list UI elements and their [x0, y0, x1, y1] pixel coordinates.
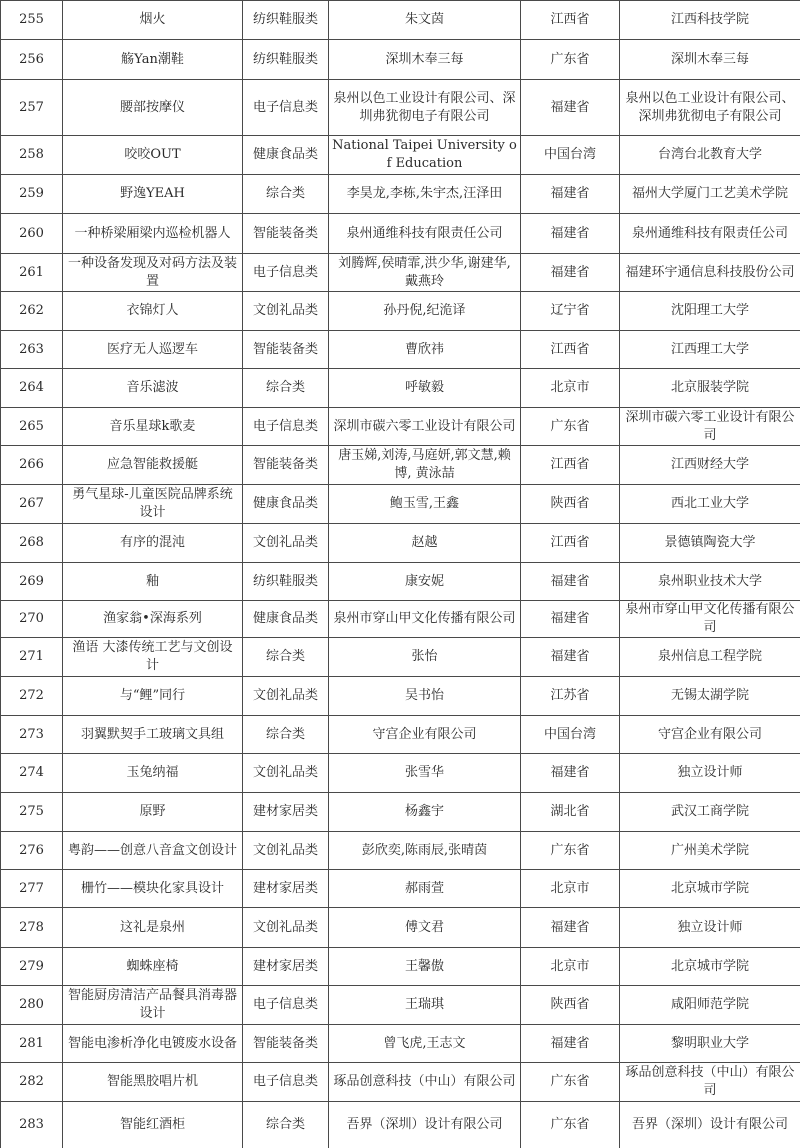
cell-work-name: 咬咬OUT	[63, 136, 243, 175]
cell-organization: 泉州信息工程学院	[620, 638, 800, 677]
cell-author: National Taipei University of Education	[329, 136, 521, 175]
cell-work-name: 勇气星球-儿童医院品牌系统设计	[63, 485, 243, 524]
cell-province: 陕西省	[521, 986, 620, 1025]
cell-author: 赵越	[329, 524, 521, 563]
cell-organization: 泉州以色工业设计有限公司、深圳弗犹彻电子有限公司	[620, 80, 800, 136]
cell-organization: 广州美术学院	[620, 832, 800, 870]
cell-author: 张雪华	[329, 754, 521, 793]
table-row: 269 釉 纺织鞋服类 康安妮 福建省 泉州职业技术大学	[1, 563, 800, 601]
cell-province: 中国台湾	[521, 136, 620, 175]
cell-category: 纺织鞋服类	[243, 1, 329, 40]
cell-work-name: 渔语 大漆传统工艺与文创设计	[63, 638, 243, 677]
cell-author: 琢品创意科技（中山）有限公司	[329, 1063, 521, 1102]
cell-number: 260	[1, 214, 63, 254]
cell-category: 文创礼品类	[243, 292, 329, 331]
cell-number: 280	[1, 986, 63, 1025]
cell-organization: 泉州市穿山甲文化传播有限公司	[620, 601, 800, 638]
cell-author: 深圳市碳六零工业设计有限公司	[329, 408, 521, 446]
cell-category: 智能装备类	[243, 214, 329, 254]
cell-number: 271	[1, 638, 63, 677]
table-row: 279 蜘蛛座椅 建材家居类 王馨傲 北京市 北京城市学院	[1, 948, 800, 986]
cell-author: 张怡	[329, 638, 521, 677]
cell-author: 彭欣奕,陈雨辰,张晴茵	[329, 832, 521, 870]
table-body: 255 烟火 纺织鞋服类 朱文茵 江西省 江西科技学院 256 觞Yan潮鞋 纺…	[1, 1, 800, 1148]
cell-category: 文创礼品类	[243, 832, 329, 870]
cell-author: 泉州市穿山甲文化传播有限公司	[329, 601, 521, 638]
cell-category: 健康食品类	[243, 485, 329, 524]
table-row: 280 智能厨房清洁产品餐具消毒器设计 电子信息类 王瑞琪 陕西省 咸阳师范学院	[1, 986, 800, 1025]
cell-category: 综合类	[243, 369, 329, 408]
cell-number: 256	[1, 40, 63, 80]
table-row: 262 衣锦灯人 文创礼品类 孙丹倪,纪洈译 辽宁省 沈阳理工大学	[1, 292, 800, 331]
cell-work-name: 这礼是泉州	[63, 908, 243, 948]
cell-work-name: 原野	[63, 793, 243, 832]
cell-number: 270	[1, 601, 63, 638]
cell-organization: 福州大学厦门工艺美术学院	[620, 175, 800, 214]
table-row: 265 音乐星球k歌麦 电子信息类 深圳市碳六零工业设计有限公司 广东省 深圳市…	[1, 408, 800, 446]
cell-author: 呼敏毅	[329, 369, 521, 408]
cell-organization: 咸阳师范学院	[620, 986, 800, 1025]
cell-province: 福建省	[521, 254, 620, 292]
cell-organization: 沈阳理工大学	[620, 292, 800, 331]
cell-author: 鲍玉雪,王鑫	[329, 485, 521, 524]
cell-number: 269	[1, 563, 63, 601]
cell-organization: 福建环宇通信息科技股份公司	[620, 254, 800, 292]
cell-number: 268	[1, 524, 63, 563]
cell-work-name: 衣锦灯人	[63, 292, 243, 331]
cell-work-name: 一种桥梁厢梁内巡检机器人	[63, 214, 243, 254]
table-row: 266 应急智能救援艇 智能装备类 唐玉娣,刘涛,马庭妍,郭文慧,赖博, 黄泳喆…	[1, 446, 800, 485]
cell-work-name: 野逸YEAH	[63, 175, 243, 214]
cell-province: 广东省	[521, 832, 620, 870]
awards-table: 255 烟火 纺织鞋服类 朱文茵 江西省 江西科技学院 256 觞Yan潮鞋 纺…	[0, 0, 800, 1148]
cell-province: 江西省	[521, 446, 620, 485]
table-row: 281 智能电渗析净化电镀废水设备 智能装备类 曾飞虎,王志文 福建省 黎明职业…	[1, 1025, 800, 1063]
cell-work-name: 腰部按摩仪	[63, 80, 243, 136]
cell-number: 274	[1, 754, 63, 793]
cell-category: 文创礼品类	[243, 754, 329, 793]
cell-number: 279	[1, 948, 63, 986]
table-row: 255 烟火 纺织鞋服类 朱文茵 江西省 江西科技学院	[1, 1, 800, 40]
cell-province: 福建省	[521, 908, 620, 948]
cell-work-name: 觞Yan潮鞋	[63, 40, 243, 80]
cell-author: 朱文茵	[329, 1, 521, 40]
cell-work-name: 粤韵——创意八音盒文创设计	[63, 832, 243, 870]
cell-category: 文创礼品类	[243, 908, 329, 948]
cell-province: 江西省	[521, 1, 620, 40]
cell-number: 258	[1, 136, 63, 175]
cell-province: 湖北省	[521, 793, 620, 832]
cell-number: 255	[1, 1, 63, 40]
cell-category: 健康食品类	[243, 136, 329, 175]
cell-province: 陕西省	[521, 485, 620, 524]
cell-author: 刘腾辉,侯晴霏,洪少华,谢建华,戴燕玲	[329, 254, 521, 292]
cell-province: 福建省	[521, 601, 620, 638]
cell-number: 283	[1, 1102, 63, 1148]
cell-number: 257	[1, 80, 63, 136]
table-row: 259 野逸YEAH 综合类 李昊龙,李栋,朱宇杰,汪泽田 福建省 福州大学厦门…	[1, 175, 800, 214]
cell-province: 江西省	[521, 331, 620, 369]
cell-organization: 西北工业大学	[620, 485, 800, 524]
cell-category: 电子信息类	[243, 986, 329, 1025]
cell-work-name: 音乐星球k歌麦	[63, 408, 243, 446]
cell-province: 福建省	[521, 563, 620, 601]
cell-category: 综合类	[243, 716, 329, 754]
cell-work-name: 与“鲤”同行	[63, 677, 243, 716]
cell-author: 王瑞琪	[329, 986, 521, 1025]
cell-work-name: 渔家翁•深海系列	[63, 601, 243, 638]
cell-organization: 江西科技学院	[620, 1, 800, 40]
cell-province: 福建省	[521, 638, 620, 677]
cell-organization: 守宫企业有限公司	[620, 716, 800, 754]
cell-work-name: 烟火	[63, 1, 243, 40]
cell-organization: 独立设计师	[620, 754, 800, 793]
table-row: 260 一种桥梁厢梁内巡检机器人 智能装备类 泉州通维科技有限责任公司 福建省 …	[1, 214, 800, 254]
cell-organization: 琢品创意科技（中山）有限公司	[620, 1063, 800, 1102]
cell-organization: 江西财经大学	[620, 446, 800, 485]
cell-number: 259	[1, 175, 63, 214]
cell-work-name: 一种设备发现及对码方法及装置	[63, 254, 243, 292]
cell-category: 文创礼品类	[243, 677, 329, 716]
cell-province: 福建省	[521, 80, 620, 136]
cell-category: 文创礼品类	[243, 524, 329, 563]
cell-author: 杨鑫宇	[329, 793, 521, 832]
cell-province: 福建省	[521, 1025, 620, 1063]
cell-organization: 泉州职业技术大学	[620, 563, 800, 601]
table-row: 267 勇气星球-儿童医院品牌系统设计 健康食品类 鲍玉雪,王鑫 陕西省 西北工…	[1, 485, 800, 524]
cell-organization: 武汉工商学院	[620, 793, 800, 832]
cell-province: 福建省	[521, 214, 620, 254]
cell-work-name: 智能红酒柜	[63, 1102, 243, 1148]
cell-province: 广东省	[521, 1102, 620, 1148]
cell-author: 曹欣祎	[329, 331, 521, 369]
cell-work-name: 应急智能救援艇	[63, 446, 243, 485]
cell-author: 深圳木奉三每	[329, 40, 521, 80]
cell-category: 电子信息类	[243, 254, 329, 292]
cell-work-name: 医疗无人巡逻车	[63, 331, 243, 369]
table-row: 282 智能黑胶唱片机 电子信息类 琢品创意科技（中山）有限公司 广东省 琢品创…	[1, 1063, 800, 1102]
cell-author: 李昊龙,李栋,朱宇杰,汪泽田	[329, 175, 521, 214]
table-row: 258 咬咬OUT 健康食品类 National Taipei Universi…	[1, 136, 800, 175]
cell-category: 智能装备类	[243, 331, 329, 369]
cell-organization: 台湾台北教育大学	[620, 136, 800, 175]
cell-number: 266	[1, 446, 63, 485]
cell-number: 278	[1, 908, 63, 948]
cell-organization: 泉州通维科技有限责任公司	[620, 214, 800, 254]
table-row: 283 智能红酒柜 综合类 吾界（深圳）设计有限公司 广东省 吾界（深圳）设计有…	[1, 1102, 800, 1148]
cell-author: 傅文君	[329, 908, 521, 948]
cell-province: 北京市	[521, 870, 620, 908]
cell-number: 273	[1, 716, 63, 754]
cell-category: 智能装备类	[243, 446, 329, 485]
cell-work-name: 音乐滤波	[63, 369, 243, 408]
cell-work-name: 羽翼默契手工玻璃文具组	[63, 716, 243, 754]
cell-work-name: 玉兔纳福	[63, 754, 243, 793]
cell-organization: 北京城市学院	[620, 948, 800, 986]
cell-category: 纺织鞋服类	[243, 40, 329, 80]
table-row: 277 栅竹——模块化家具设计 建材家居类 郝雨萱 北京市 北京城市学院	[1, 870, 800, 908]
cell-province: 江苏省	[521, 677, 620, 716]
cell-organization: 景德镇陶瓷大学	[620, 524, 800, 563]
cell-work-name: 智能厨房清洁产品餐具消毒器设计	[63, 986, 243, 1025]
cell-category: 建材家居类	[243, 793, 329, 832]
cell-number: 261	[1, 254, 63, 292]
cell-province: 福建省	[521, 754, 620, 793]
cell-author: 吾界（深圳）设计有限公司	[329, 1102, 521, 1148]
cell-category: 综合类	[243, 638, 329, 677]
table-row: 278 这礼是泉州 文创礼品类 傅文君 福建省 独立设计师	[1, 908, 800, 948]
cell-province: 中国台湾	[521, 716, 620, 754]
table-row: 263 医疗无人巡逻车 智能装备类 曹欣祎 江西省 江西理工大学	[1, 331, 800, 369]
table-row: 270 渔家翁•深海系列 健康食品类 泉州市穿山甲文化传播有限公司 福建省 泉州…	[1, 601, 800, 638]
cell-author: 郝雨萱	[329, 870, 521, 908]
table-row: 272 与“鲤”同行 文创礼品类 吴书怡 江苏省 无锡太湖学院	[1, 677, 800, 716]
cell-work-name: 有序的混沌	[63, 524, 243, 563]
cell-author: 曾飞虎,王志文	[329, 1025, 521, 1063]
cell-work-name: 釉	[63, 563, 243, 601]
cell-category: 建材家居类	[243, 948, 329, 986]
cell-author: 泉州以色工业设计有限公司、深圳弗犹彻电子有限公司	[329, 80, 521, 136]
cell-category: 综合类	[243, 1102, 329, 1148]
table-row: 268 有序的混沌 文创礼品类 赵越 江西省 景德镇陶瓷大学	[1, 524, 800, 563]
cell-category: 建材家居类	[243, 870, 329, 908]
table-row: 276 粤韵——创意八音盒文创设计 文创礼品类 彭欣奕,陈雨辰,张晴茵 广东省 …	[1, 832, 800, 870]
cell-category: 智能装备类	[243, 1025, 329, 1063]
cell-province: 北京市	[521, 948, 620, 986]
cell-organization: 江西理工大学	[620, 331, 800, 369]
cell-category: 电子信息类	[243, 80, 329, 136]
table-row: 271 渔语 大漆传统工艺与文创设计 综合类 张怡 福建省 泉州信息工程学院	[1, 638, 800, 677]
cell-organization: 北京城市学院	[620, 870, 800, 908]
cell-organization: 黎明职业大学	[620, 1025, 800, 1063]
cell-province: 北京市	[521, 369, 620, 408]
table-row: 261 一种设备发现及对码方法及装置 电子信息类 刘腾辉,侯晴霏,洪少华,谢建华…	[1, 254, 800, 292]
cell-organization: 吾界（深圳）设计有限公司	[620, 1102, 800, 1148]
cell-organization: 深圳市碳六零工业设计有限公司	[620, 408, 800, 446]
cell-work-name: 栅竹——模块化家具设计	[63, 870, 243, 908]
cell-number: 277	[1, 870, 63, 908]
cell-number: 267	[1, 485, 63, 524]
cell-province: 广东省	[521, 408, 620, 446]
cell-number: 265	[1, 408, 63, 446]
cell-number: 282	[1, 1063, 63, 1102]
cell-number: 262	[1, 292, 63, 331]
cell-province: 广东省	[521, 40, 620, 80]
cell-author: 王馨傲	[329, 948, 521, 986]
cell-number: 281	[1, 1025, 63, 1063]
cell-category: 电子信息类	[243, 408, 329, 446]
cell-province: 福建省	[521, 175, 620, 214]
cell-number: 272	[1, 677, 63, 716]
cell-category: 电子信息类	[243, 1063, 329, 1102]
cell-province: 广东省	[521, 1063, 620, 1102]
cell-province: 辽宁省	[521, 292, 620, 331]
cell-work-name: 蜘蛛座椅	[63, 948, 243, 986]
cell-number: 276	[1, 832, 63, 870]
cell-organization: 独立设计师	[620, 908, 800, 948]
cell-work-name: 智能黑胶唱片机	[63, 1063, 243, 1102]
cell-author: 唐玉娣,刘涛,马庭妍,郭文慧,赖博, 黄泳喆	[329, 446, 521, 485]
table-row: 257 腰部按摩仪 电子信息类 泉州以色工业设计有限公司、深圳弗犹彻电子有限公司…	[1, 80, 800, 136]
cell-province: 江西省	[521, 524, 620, 563]
cell-number: 263	[1, 331, 63, 369]
cell-author: 康安妮	[329, 563, 521, 601]
table-row: 275 原野 建材家居类 杨鑫宇 湖北省 武汉工商学院	[1, 793, 800, 832]
table-row: 274 玉兔纳福 文创礼品类 张雪华 福建省 独立设计师	[1, 754, 800, 793]
cell-organization: 无锡太湖学院	[620, 677, 800, 716]
cell-author: 泉州通维科技有限责任公司	[329, 214, 521, 254]
cell-category: 健康食品类	[243, 601, 329, 638]
cell-author: 孙丹倪,纪洈译	[329, 292, 521, 331]
cell-category: 纺织鞋服类	[243, 563, 329, 601]
cell-number: 264	[1, 369, 63, 408]
table-row: 264 音乐滤波 综合类 呼敏毅 北京市 北京服装学院	[1, 369, 800, 408]
cell-organization: 北京服装学院	[620, 369, 800, 408]
cell-number: 275	[1, 793, 63, 832]
cell-author: 吴书怡	[329, 677, 521, 716]
table-row: 273 羽翼默契手工玻璃文具组 综合类 守宫企业有限公司 中国台湾 守宫企业有限…	[1, 716, 800, 754]
table-row: 256 觞Yan潮鞋 纺织鞋服类 深圳木奉三每 广东省 深圳木奉三每	[1, 40, 800, 80]
cell-organization: 深圳木奉三每	[620, 40, 800, 80]
cell-category: 综合类	[243, 175, 329, 214]
cell-work-name: 智能电渗析净化电镀废水设备	[63, 1025, 243, 1063]
cell-author: 守宫企业有限公司	[329, 716, 521, 754]
